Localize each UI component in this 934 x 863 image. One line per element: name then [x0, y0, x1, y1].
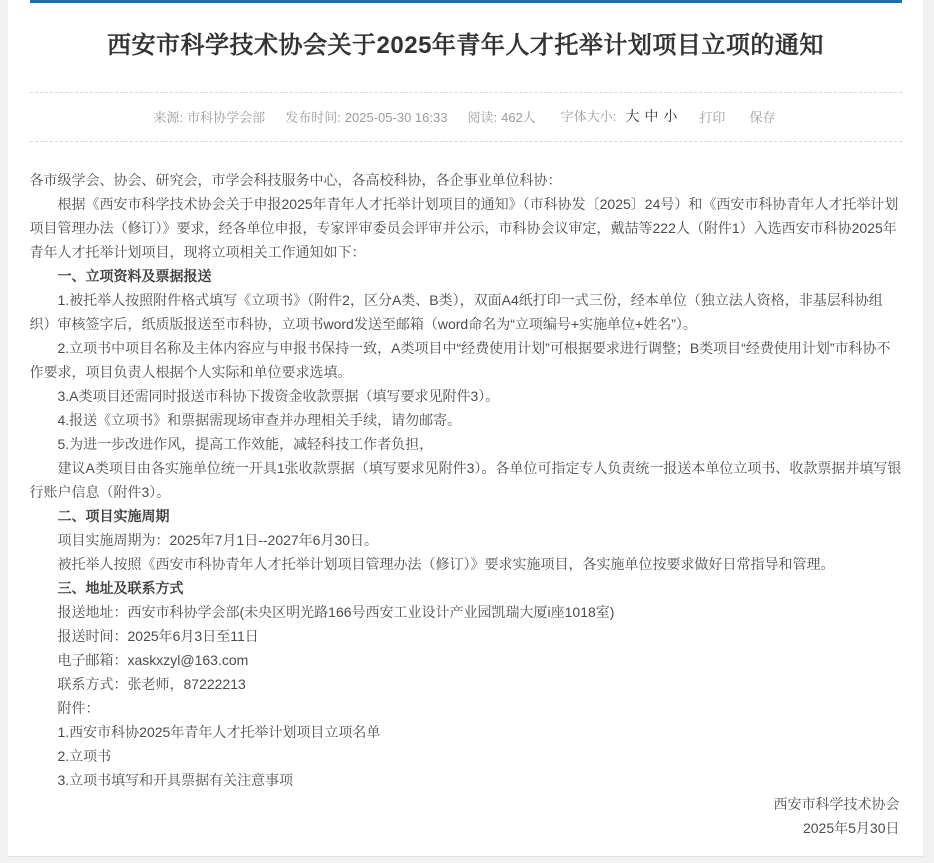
meta-source: 来源:市科协学会部 [154, 107, 266, 126]
article-paragraph: 报送时间：2025年6月3日至11日 [30, 624, 902, 648]
article-paragraph: 被托举人按照《西安市科协青年人才托举计划项目管理办法（修订）》要求实施项目，各实… [30, 552, 902, 576]
notice-page: 西安市科学技术协会关于2025年青年人才托举计划项目立项的通知 来源:市科协学会… [8, 0, 924, 857]
article-paragraph: 4.报送《立项书》和票据需现场审查并办理相关手续，请勿邮寄。 [30, 408, 902, 432]
article-paragraph: 各市级学会、协会、研究会，市学会科技服务中心，各高校科协，各企事业单位科协： [30, 168, 902, 192]
print-button[interactable]: 打印 [699, 107, 725, 126]
article-paragraph: 2.立项书中项目名称及主体内容应与申报书保持一致，A类项目中“经费使用计划”可根… [30, 336, 902, 384]
meta-publish-time: 发布时间:2025-05-30 16:33 [285, 107, 447, 126]
section-heading: 二、项目实施周期 [30, 504, 902, 528]
page-title: 西安市科学技术协会关于2025年青年人才托举计划项目立项的通知 [30, 30, 902, 62]
signature-block: 西安市科学技术协会 2025年5月30日 [30, 792, 902, 863]
article-paragraph: 项目实施周期为：2025年7月1日--2027年6月30日。 [30, 528, 902, 552]
article-paragraph: 1.西安市科协2025年青年人才托举计划项目立项名单 [30, 720, 902, 744]
signature-org: 西安市科学技术协会 [30, 792, 900, 816]
meta-source-label: 来源: [154, 110, 184, 125]
signature-date: 2025年5月30日 [30, 816, 900, 840]
article-paragraph: 5.为进一步改进作风，提高工作效能，减轻科技工作者负担， [30, 432, 902, 456]
meta-views: 阅读:462人 [467, 107, 535, 126]
article-paragraph: 附件： [30, 696, 902, 720]
font-size-small-button[interactable]: 小 [663, 108, 677, 124]
article-paragraph: 建议A类项目由各实施单位统一开具1张收款票据（填写要求见附件3）。各单位可指定专… [30, 456, 902, 504]
font-size-medium-button[interactable]: 中 [644, 108, 658, 124]
font-size-control: 字体大小:大中小 [556, 106, 678, 126]
article-paragraph: 3.立项书填写和开具票据有关注意事项 [30, 768, 902, 792]
article-meta-bar: 来源:市科协学会部 发布时间:2025-05-30 16:33 阅读:462人 … [30, 93, 902, 141]
font-size-label: 字体大小: [561, 109, 617, 124]
article-paragraph: 联系方式：张老师，87222213 [30, 672, 902, 696]
section-heading: 一、立项资料及票据报送 [30, 264, 902, 288]
meta-views-value: 462人 [501, 110, 536, 125]
article-paragraph: 根据《西安市科学技术协会关于申报2025年青年人才托举计划项目的通知》（市科协发… [30, 192, 902, 264]
article-body: 各市级学会、协会、研究会，市学会科技服务中心，各高校科协，各企事业单位科协：根据… [30, 142, 902, 792]
meta-publish-label: 发布时间: [285, 110, 341, 125]
font-size-large-button[interactable]: 大 [625, 108, 639, 124]
article-paragraph: 电子邮箱：xaskxzyl@163.com [30, 648, 902, 672]
section-heading: 三、地址及联系方式 [30, 576, 902, 600]
article-paragraph: 3.A类项目还需同时报送市科协下拨资金收款票据（填写要求见附件3）。 [30, 384, 902, 408]
article-paragraph: 2.立项书 [30, 744, 902, 768]
meta-views-label: 阅读: [467, 110, 497, 125]
content-container: 西安市科学技术协会关于2025年青年人才托举计划项目立项的通知 来源:市科协学会… [30, 0, 902, 863]
article-paragraph: 1.被托举人按照附件格式填写《立项书》（附件2，区分A类、B类），双面A4纸打印… [30, 288, 902, 336]
meta-publish-value: 2025-05-30 16:33 [345, 110, 448, 125]
save-button[interactable]: 保存 [749, 107, 775, 126]
article-paragraph: 报送地址：西安市科协学会部(未央区明光路166号西安工业设计产业园凯瑞大厦i座1… [30, 600, 902, 624]
meta-source-value: 市科协学会部 [187, 110, 265, 125]
